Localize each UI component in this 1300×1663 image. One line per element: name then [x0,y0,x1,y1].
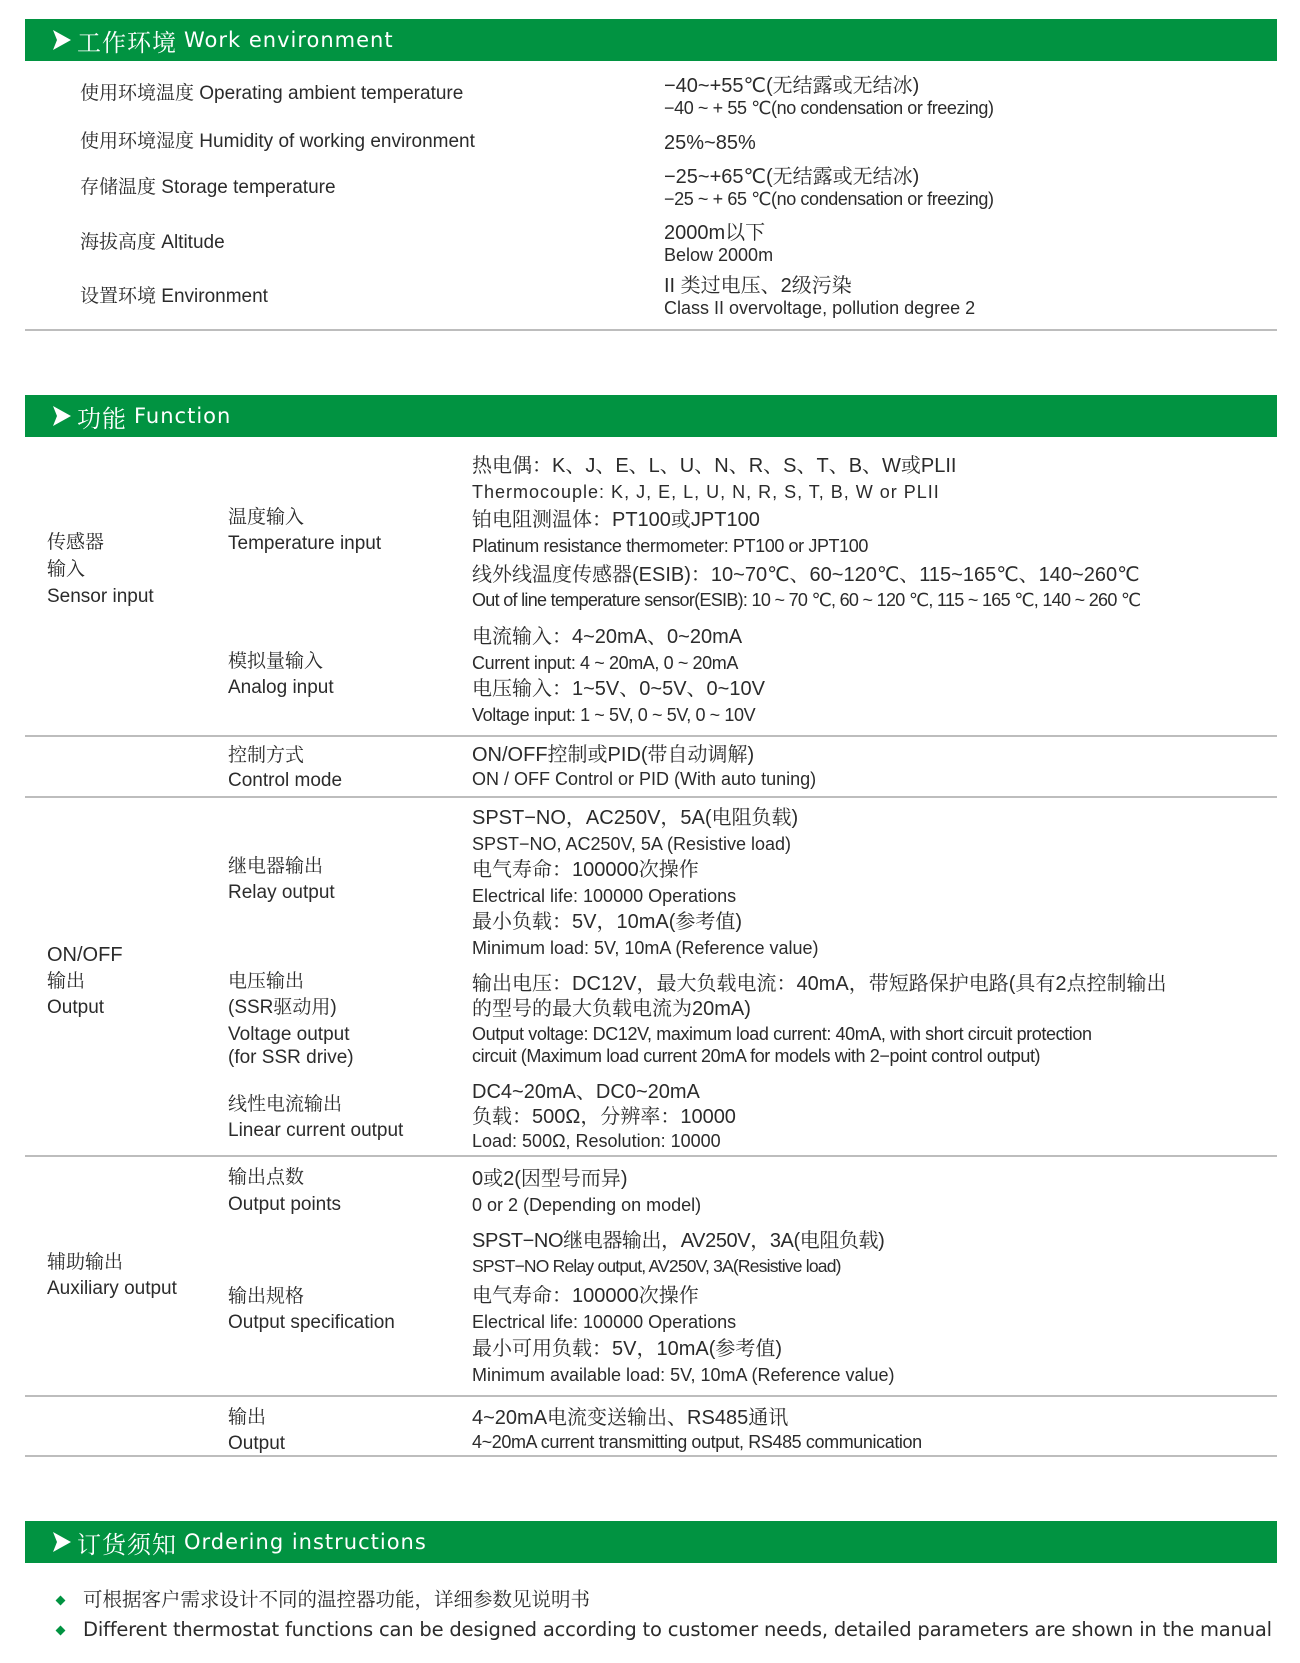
item-line: ON / OFF Control or PID (With auto tunin… [472,768,816,790]
item-line: SPST−NO，AC250V，5A(电阻负载) [472,806,798,830]
item-line: DC4~20mA、DC0~20mA [472,1080,700,1104]
item-label: Analog input [228,677,334,699]
item-label: Temperature input [228,533,381,555]
divider [25,735,1277,737]
item-line: Electrical life: 100000 Operations [472,1311,736,1333]
item-label: 输出 [228,1407,266,1429]
item-line: 输出电压：DC12V，最大负载电流：40mA，带短路保护电路(具有2点控制输出 [472,972,1167,996]
env-value-zh: II 类过电压、2级污染 [664,274,852,298]
env-label: 海拔高度 Altitude [80,232,225,254]
item-line: circuit (Maximum load current 20mA for m… [472,1045,1040,1067]
item-line: 电流输入：4~20mA、0~20mA [472,625,742,649]
category-label: 传感器 [47,532,104,554]
env-value-zh: −25~+65℃(无结露或无结冰) [664,165,919,189]
item-line: 的型号的最大负载电流为20mA) [472,997,751,1021]
env-value-zh: 25%~85% [664,131,756,155]
item-line: Minimum load: 5V, 10mA (Reference value) [472,937,819,959]
divider [25,1455,1277,1457]
item-label: Linear current output [228,1120,403,1142]
item-line: 0或2(因型号而异) [472,1167,628,1191]
env-value-en: Below 2000m [664,244,773,266]
category-label: 输入 [47,559,85,581]
arrow-right-icon [51,1530,73,1554]
item-line: 线外线温度传感器(ESIB)：10~70℃、60~120℃、115~165℃、1… [472,563,1140,587]
item-line: Electrical life: 100000 Operations [472,885,736,907]
item-line: 负载：500Ω，分辨率：10000 [472,1105,736,1129]
env-value-zh: 2000m以下 [664,221,765,245]
item-line: SPST−NO继电器输出，AV250V，3A(电阻负载) [472,1229,884,1253]
item-line: 铂电阻测温体：PT100或JPT100 [472,508,760,532]
section-title-en: Ordering instructions [184,1530,427,1554]
env-label: 使用环境温度 Operating ambient temperature [80,83,463,105]
item-label: (SSR驱动用) [228,997,337,1019]
section-title-zh: 工作环境 [77,23,177,58]
section-title-en: Function [134,404,231,428]
item-line: ON/OFF控制或PID(带自动调解) [472,743,754,767]
item-line: 0 or 2 (Depending on model) [472,1194,701,1216]
divider [25,796,1277,798]
item-line: Current input: 4 ~ 20mA, 0 ~ 20mA [472,652,738,674]
item-label: (for SSR drive) [228,1047,354,1069]
item-label: 电压输出 [228,971,304,993]
item-line: Thermocouple: K, J, E, L, U, N, R, S, T,… [472,481,940,503]
item-label: 温度输入 [228,507,304,529]
item-label: 继电器输出 [228,856,323,878]
item-line: Minimum available load: 5V, 10mA (Refere… [472,1364,895,1386]
section-title-zh: 订货须知 [77,1525,177,1560]
item-label: 输出点数 [228,1167,304,1189]
category-label: 辅助输出 [47,1252,123,1274]
item-line: 最小负载：5V，10mA(参考值) [472,910,742,934]
arrow-right-icon [51,28,73,52]
diamond-bullet-icon [56,1596,66,1606]
category-label: Sensor input [47,586,154,608]
section-header-ordering-instructions: 订货须知 Ordering instructions [25,1521,1277,1563]
ordering-text: Different thermostat functions can be de… [83,1618,1272,1642]
item-line: Output voltage: DC12V, maximum load curr… [472,1023,1092,1045]
item-line: Platinum resistance thermometer: PT100 o… [472,535,868,557]
divider [25,329,1277,331]
item-label: 控制方式 [228,745,304,767]
item-line: 电压输入：1~5V、0~5V、0~10V [472,677,765,701]
env-label: 使用环境湿度 Humidity of working environment [80,131,475,153]
item-label: Relay output [228,882,335,904]
item-label: 模拟量输入 [228,651,323,673]
diamond-bullet-icon [56,1626,66,1636]
section-header-work-environment: 工作环境 Work environment [25,19,1277,61]
section-title-en: Work environment [184,28,394,52]
divider [25,1395,1277,1397]
item-line: 4~20mA current transmitting output, RS48… [472,1431,922,1453]
item-line: 电气寿命：100000次操作 [472,858,699,882]
item-line: 4~20mA电流变送输出、RS485通讯 [472,1406,788,1430]
item-line: SPST−NO Relay output, AV250V, 3A(Resisti… [472,1256,841,1277]
item-line: 最小可用负载：5V，10mA(参考值) [472,1337,782,1361]
category-label: Output [47,997,104,1019]
item-line: 热电偶：K、J、E、L、U、N、R、S、T、B、W或PLII [472,454,956,478]
item-label: Control mode [228,770,342,792]
env-label: 设置环境 Environment [80,286,268,308]
env-value-en: Class II overvoltage, pollution degree 2 [664,297,975,319]
arrow-right-icon [51,404,73,428]
section-header-function: 功能 Function [25,395,1277,437]
item-label: 线性电流输出 [228,1094,342,1116]
item-line: Load: 500Ω, Resolution: 10000 [472,1130,721,1152]
item-label: Voltage output [228,1024,350,1046]
item-line: 电气寿命：100000次操作 [472,1284,699,1308]
category-label: Auxiliary output [47,1278,177,1300]
item-line: Out of line temperature sensor(ESIB): 10… [472,589,1140,611]
item-line: SPST−NO, AC250V, 5A (Resistive load) [472,833,791,855]
env-value-zh: −40~+55℃(无结露或无结冰) [664,74,919,98]
item-label: Output points [228,1194,341,1216]
env-label: 存储温度 Storage temperature [80,177,336,199]
env-value-en: −25 ~ + 65 ℃(no condensation or freezing… [664,188,994,210]
env-value-en: −40 ~ + 55 ℃(no condensation or freezing… [664,97,994,119]
item-label: 输出规格 [228,1286,304,1308]
category-label: ON/OFF [47,943,123,967]
ordering-text: 可根据客户需求设计不同的温控器功能，详细参数见说明书 [83,1588,590,1612]
category-label: 输出 [47,971,85,993]
item-line: Voltage input: 1 ~ 5V, 0 ~ 5V, 0 ~ 10V [472,704,755,726]
divider [25,1155,1277,1157]
item-label: Output [228,1433,285,1455]
section-title-zh: 功能 [77,399,127,434]
item-label: Output specification [228,1312,395,1334]
